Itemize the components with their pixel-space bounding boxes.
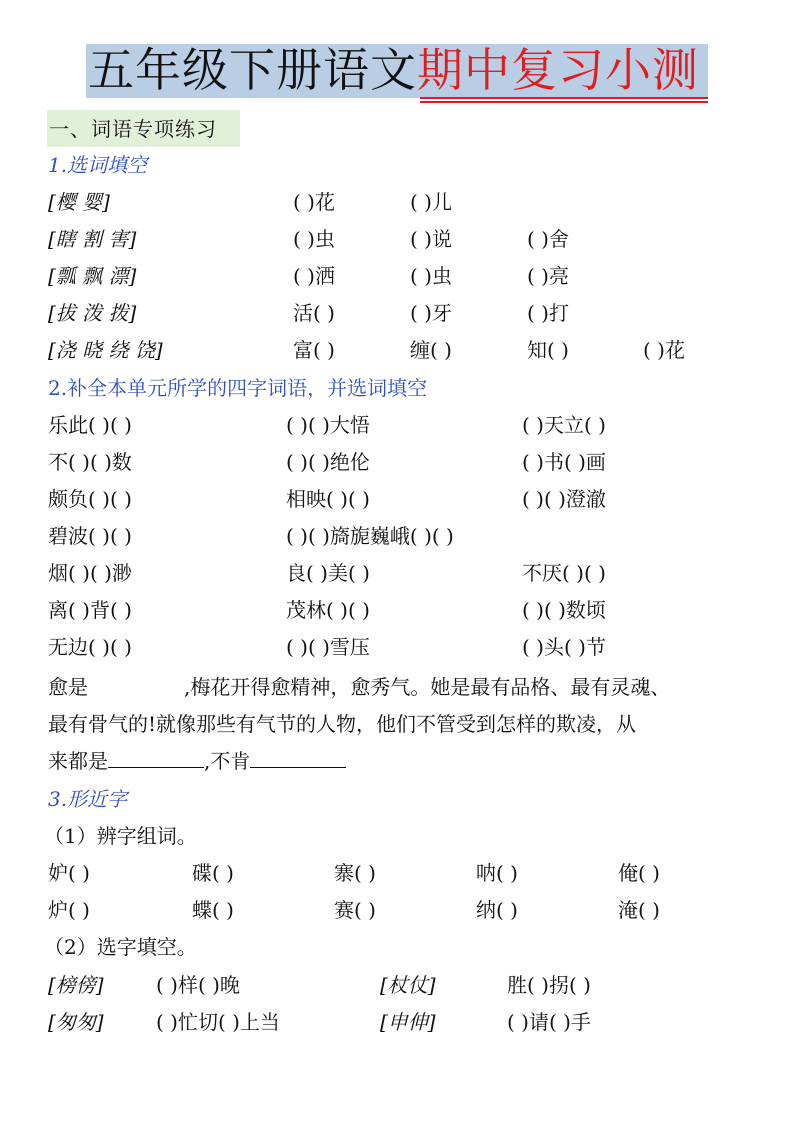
q1-blank[interactable]: ( )洒 <box>293 261 335 291</box>
title-double-underline <box>420 97 708 103</box>
similar-char-blank[interactable]: 淹( ) <box>618 895 660 925</box>
idiom-blank[interactable]: ( )( )大悟 <box>286 410 370 440</box>
idiom-blank[interactable]: ( )( )数顷 <box>522 595 606 625</box>
idiom-blank[interactable]: 茂林( )( ) <box>286 595 370 625</box>
idiom-blank[interactable]: ( )( )澄澈 <box>522 484 606 514</box>
paragraph-line-3: 来都是,不肯 <box>48 743 346 780</box>
char-fill-blank[interactable]: 胜( )拐( ) <box>507 970 591 1000</box>
char-options: [杖仗] <box>380 970 436 1000</box>
idiom-blank[interactable]: 烟( )( )渺 <box>48 558 132 588</box>
q1-blank[interactable]: ( )儿 <box>410 187 452 217</box>
similar-char-blank[interactable]: 赛( ) <box>334 895 376 925</box>
idiom-blank[interactable]: 无边( )( ) <box>48 632 132 662</box>
q1-blank[interactable]: ( )花 <box>643 335 685 365</box>
q1-options: [瓢 飘 漂] <box>48 261 136 291</box>
paragraph-text: 来都是 <box>48 749 108 773</box>
idiom-blank[interactable]: 离( )背( ) <box>48 595 132 625</box>
fill-blank-line[interactable] <box>108 747 204 768</box>
fill-blank-line[interactable] <box>250 747 346 768</box>
char-options: [匆匆] <box>48 1007 104 1037</box>
title-red-part: 期中复习小测 <box>417 43 699 97</box>
q1-blank[interactable]: 富( ) <box>293 335 335 365</box>
idiom-blank[interactable]: 相映( )( ) <box>286 484 370 514</box>
idiom-blank[interactable]: 良( )美( ) <box>286 558 370 588</box>
idiom-blank[interactable]: 碧波( )( ) <box>48 521 132 551</box>
similar-char-blank[interactable]: 碟( ) <box>192 858 234 888</box>
similar-char-blank[interactable]: 寨( ) <box>334 858 376 888</box>
char-options: [申伸] <box>380 1007 436 1037</box>
title-black-part: 五年级下册语文 <box>88 43 417 97</box>
char-options: [榜傍] <box>48 970 104 1000</box>
paragraph-text: ,梅花开得愈精神，愈秀气。她是最有品格、最有灵魂、 <box>184 675 670 699</box>
q1-blank[interactable]: ( )虫 <box>293 224 335 254</box>
idiom-blank[interactable]: ( )头( )节 <box>522 632 606 662</box>
char-fill-blank[interactable]: ( )请( )手 <box>507 1007 591 1037</box>
similar-char-blank[interactable]: 妒( ) <box>48 858 90 888</box>
similar-char-blank[interactable]: 炉( ) <box>48 895 90 925</box>
idiom-blank[interactable]: ( )( )旖旎巍峨( )( ) <box>286 521 454 551</box>
q1-blank[interactable]: 活( ) <box>293 298 335 328</box>
idiom-blank[interactable]: 不厌( )( ) <box>522 558 606 588</box>
q3-heading: 3.形近字 <box>48 784 127 814</box>
idiom-blank[interactable]: 不( )( )数 <box>48 447 132 477</box>
idiom-blank[interactable]: 乐此( )( ) <box>48 410 132 440</box>
q1-options: [瞎 割 害] <box>48 224 136 254</box>
q3-part2-heading: （2）选字填空。 <box>44 932 197 962</box>
q2-heading: 2.补全本单元所学的四字词语，并选词填空 <box>48 373 427 403</box>
paragraph-line-1: 愈是,梅花开得愈精神，愈秀气。她是最有品格、最有灵魂、 <box>48 669 670 706</box>
q1-heading: 1.选词填空 <box>48 150 147 180</box>
q1-options: [浇 晓 绕 饶] <box>48 335 163 365</box>
similar-char-blank[interactable]: 纳( ) <box>476 895 518 925</box>
idiom-blank[interactable]: 颇负( )( ) <box>48 484 132 514</box>
paragraph-line-2: 最有骨气的!就像那些有气节的人物，他们不管受到怎样的欺凌，从 <box>48 706 636 743</box>
q1-blank[interactable]: ( )花 <box>293 187 335 217</box>
q1-options: [樱 婴] <box>48 187 110 217</box>
q1-blank[interactable]: ( )虫 <box>410 261 452 291</box>
section-heading: 一、词语专项练习 <box>49 112 217 146</box>
similar-char-blank[interactable]: 蝶( ) <box>192 895 234 925</box>
q1-blank[interactable]: 缠( ) <box>410 335 452 365</box>
paragraph-text: 愈是 <box>48 675 88 699</box>
idiom-blank[interactable]: ( )( )绝伦 <box>286 447 370 477</box>
idiom-blank[interactable]: ( )( )雪压 <box>286 632 370 662</box>
q1-blank[interactable]: 知( ) <box>527 335 569 365</box>
paragraph-text: ,不肯 <box>204 749 250 773</box>
q1-options: [拔 泼 拨] <box>48 298 136 328</box>
q1-blank[interactable]: ( )说 <box>410 224 452 254</box>
q1-blank[interactable]: ( )亮 <box>527 261 569 291</box>
q3-part1-heading: （1）辨字组词。 <box>44 821 197 851</box>
similar-char-blank[interactable]: 俺( ) <box>618 858 660 888</box>
q1-blank[interactable]: ( )舍 <box>527 224 569 254</box>
char-fill-blank[interactable]: ( )样( )晚 <box>156 970 240 1000</box>
q1-blank[interactable]: ( )打 <box>527 298 569 328</box>
idiom-blank[interactable]: ( )书( )画 <box>522 447 606 477</box>
idiom-blank[interactable]: ( )天立( ) <box>522 410 606 440</box>
q1-blank[interactable]: ( )牙 <box>410 298 452 328</box>
similar-char-blank[interactable]: 呐( ) <box>476 858 518 888</box>
char-fill-blank[interactable]: ( )忙切( )上当 <box>156 1007 280 1037</box>
page-title: 五年级下册语文期中复习小测 <box>88 42 699 98</box>
